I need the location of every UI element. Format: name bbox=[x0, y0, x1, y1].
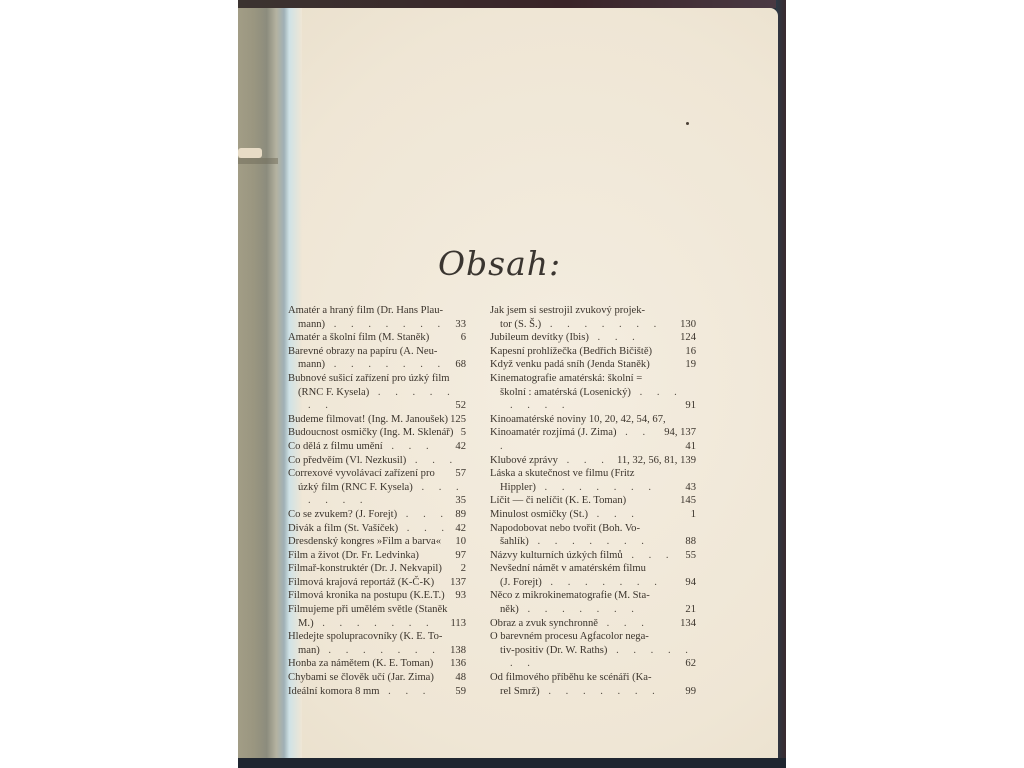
toc-entry-title: Ideální komora 8 mm bbox=[288, 686, 380, 697]
toc-entry-page: 91 bbox=[685, 399, 696, 413]
toc-entry-page: 125 bbox=[450, 413, 466, 427]
toc-entry-title-continued: mann) bbox=[298, 319, 325, 330]
toc-entry: Kinoamatérské noviny 10, 20, 42, 54, 67,… bbox=[490, 413, 696, 427]
toc-entry: Amatér a hraný film (Dr. Hans Plau-mann)… bbox=[288, 304, 466, 331]
gutter-mark bbox=[238, 148, 262, 158]
toc-entry-title: Kinematografie amatérská: školní = bbox=[490, 373, 642, 384]
toc-entry: Hledejte spolupracovníky (K. E. To-man) … bbox=[288, 630, 466, 657]
toc-entry-page: 21 bbox=[685, 603, 696, 617]
page-title: Obsah: bbox=[438, 244, 561, 283]
toc-entry: Názvy kulturních úzkých filmů . . .55 bbox=[490, 549, 696, 563]
toc-entry-title-continued: školní : amatérská (Losenický) bbox=[500, 387, 631, 398]
toc-entry: Barevné obrazy na papíru (A. Neu-mann) .… bbox=[288, 345, 466, 372]
toc-entry-page: 89 bbox=[455, 508, 466, 522]
toc-entry-title: Amatér a školní film (M. Staněk) bbox=[288, 332, 429, 343]
toc-entry: Filmujeme při umělém světle (StaněkM.) .… bbox=[288, 603, 466, 630]
toc-entry: Dresdenský kongres »Film a barva«10 bbox=[288, 535, 466, 549]
toc-entry-page: 136 bbox=[450, 657, 466, 671]
toc-entry-page: 42 bbox=[455, 440, 466, 454]
toc-entry: Filmová kronika na postupu (K.E.T.)93 bbox=[288, 589, 466, 603]
toc-entry-page: 99 bbox=[685, 685, 696, 699]
toc-entry-page: 134 bbox=[680, 617, 696, 631]
toc-entry-page: 1 bbox=[691, 508, 696, 522]
toc-entry-page: 94 bbox=[685, 576, 696, 590]
toc-entry-title: Jak jsem si sestrojil zvukový projek- bbox=[490, 305, 645, 316]
toc-entry-page: 5 bbox=[461, 426, 466, 440]
toc-entry: Kinoamatér rozjímá (J. Zima) . . .41 bbox=[490, 426, 696, 453]
book-cover-top-edge bbox=[238, 0, 786, 8]
toc-entry: Nevšední námět v amatérském filmu(J. For… bbox=[490, 562, 696, 589]
toc-entry: Budeme filmovat! (Ing. M. Janoušek)125 bbox=[288, 413, 466, 427]
toc-entry-title: Hledejte spolupracovníky (K. E. To- bbox=[288, 631, 442, 642]
toc-entry-page: 35 bbox=[455, 494, 466, 508]
leader-dots: . . . . . . . bbox=[541, 319, 662, 330]
toc-entry: Něco z mikrokinematografie (M. Sta-něk) … bbox=[490, 589, 696, 616]
toc-entry-title-continued: rel Smrž) bbox=[500, 686, 540, 697]
toc-entry-title-continued: úzký film (RNC F. Kysela) bbox=[298, 482, 413, 493]
toc-entry: Filmař-konstruktér (Dr. J. Nekvapil)2 bbox=[288, 562, 466, 576]
leader-dots: . . . bbox=[380, 686, 432, 697]
toc-entry-page: 137 bbox=[450, 576, 466, 590]
gutter-smudge bbox=[238, 158, 278, 164]
toc-entry-page: 43 bbox=[685, 481, 696, 495]
toc-entry: O barevném procesu Agfacolor nega-tiv-po… bbox=[490, 630, 696, 671]
toc-entry-title: Divák a film (St. Vašíček) bbox=[288, 523, 398, 534]
toc-entry: Kinematografie amatérská: školní =školní… bbox=[490, 372, 696, 413]
toc-entry-title: Něco z mikrokinematografie (M. Sta- bbox=[490, 590, 650, 601]
toc-entry: Chybami se člověk učí (Jar. Zima)48 bbox=[288, 671, 466, 685]
toc-entry-page: 138 bbox=[450, 644, 466, 658]
toc-entry-title: Co dělá z filmu umění bbox=[288, 441, 383, 452]
leader-dots: . . . . . . . bbox=[519, 604, 640, 615]
leader-dots: . . . bbox=[398, 523, 450, 534]
toc-entry-title: Honba za námětem (K. E. Toman) bbox=[288, 658, 433, 669]
toc-entry-title: Napodobovat nebo tvořit (Boh. Vo- bbox=[490, 523, 640, 534]
toc-entry-title: Líčit — či nelíčit (K. E. Toman) bbox=[490, 495, 626, 506]
leader-dots: . . . bbox=[558, 455, 610, 466]
toc-entry: Film a život (Dr. Fr. Ledvinka)97 bbox=[288, 549, 466, 563]
toc-entry-title: Amatér a hraný film (Dr. Hans Plau- bbox=[288, 305, 443, 316]
toc-entry: Divák a film (St. Vašíček) . . .42 bbox=[288, 522, 466, 536]
toc-entry: Bubnové sušicí zařízení pro úzký film(RN… bbox=[288, 372, 466, 413]
toc-entry-title: Chybami se člověk učí (Jar. Zima) bbox=[288, 672, 434, 683]
toc-entry-title: Correxové vyvolávací zařízení pro bbox=[288, 468, 435, 479]
toc-entry-title: Filmová kronika na postupu (K.E.T.) bbox=[288, 590, 445, 601]
toc-entry-page: 42 bbox=[455, 522, 466, 536]
toc-left-column: Amatér a hraný film (Dr. Hans Plau-mann)… bbox=[288, 304, 466, 698]
toc-entry-title: Filmová krajová reportáž (K-Č-K) bbox=[288, 577, 434, 588]
toc-entry-title: Klubové zprávy bbox=[490, 455, 558, 466]
toc-entry-title-continued: Hippler) bbox=[500, 482, 536, 493]
toc-entry-title-continued: šahlík) bbox=[500, 536, 529, 547]
toc-entry-page: 16 bbox=[685, 345, 696, 359]
leader-dots: . . . bbox=[406, 455, 458, 466]
toc-entry-title: Budoucnost osmičky (Ing. M. Sklenář) bbox=[288, 427, 453, 438]
toc-entry-title: Nevšední námět v amatérském filmu bbox=[490, 563, 646, 574]
toc-entry-page: 41 bbox=[685, 440, 696, 454]
toc-entry: Klubové zprávy . . .11, 32, 56, 81, 139 bbox=[490, 454, 696, 468]
toc-entry: Kapesní prohlížečka (Bedřich Bičiště)16 bbox=[490, 345, 696, 359]
toc-entry-title: Když venku padá sníh (Jenda Staněk) bbox=[490, 359, 650, 370]
toc-entry-title: Od filmového příběhu ke scénáři (Ka- bbox=[490, 672, 652, 683]
toc-entry-title: Filmujeme při umělém světle (Staněk bbox=[288, 604, 447, 615]
toc-entry-page: 113 bbox=[451, 617, 467, 631]
toc-entry: Ideální komora 8 mm . . .59 bbox=[288, 685, 466, 699]
toc-entry-title: Kinoamatér rozjímá (J. Zima) bbox=[490, 427, 617, 438]
toc-entry-title: Dresdenský kongres »Film a barva« bbox=[288, 536, 441, 547]
toc-entry-title: Jubileum devítky (Ibis) bbox=[490, 332, 589, 343]
toc-entry-page: 62 bbox=[685, 657, 696, 671]
toc-entry-title-continued: tor (S. Š.) bbox=[500, 319, 541, 330]
toc-entry-page: 145 bbox=[680, 494, 696, 508]
leader-dots: . . . . . . . bbox=[536, 482, 657, 493]
leader-dots: . . . . . . . bbox=[314, 618, 435, 629]
toc-entry: Honba za námětem (K. E. Toman)136 bbox=[288, 657, 466, 671]
toc-entry-title: Obraz a zvuk synchronně bbox=[490, 618, 598, 629]
toc-entry: Minulost osmičky (St.) . . .1 bbox=[490, 508, 696, 522]
toc-entry-title: Kinoamatérské noviny 10, 20, 42, 54, 67, bbox=[490, 414, 666, 425]
toc-entry-title: Film a život (Dr. Fr. Ledvinka) bbox=[288, 550, 419, 561]
toc-entry-title: Bubnové sušicí zařízení pro úzký film bbox=[288, 373, 450, 384]
leader-dots: . . . bbox=[397, 509, 449, 520]
toc-entry: Co předvěím (Vl. Nezkusil) . . .57 bbox=[288, 454, 466, 468]
leader-dots: . . . . . . . bbox=[325, 319, 446, 330]
toc-entry-page: 68 bbox=[455, 358, 466, 372]
toc-entry-page: 55 bbox=[685, 549, 696, 563]
toc-entry: Correxové vyvolávací zařízení proúzký fi… bbox=[288, 467, 466, 508]
paper-speck bbox=[686, 122, 689, 125]
toc-entry-title: Budeme filmovat! (Ing. M. Janoušek) bbox=[288, 414, 448, 425]
toc-entry-title-continued: mann) bbox=[298, 359, 325, 370]
toc-entry-page: 33 bbox=[455, 318, 466, 332]
leader-dots: . . . bbox=[383, 441, 435, 452]
toc-entry: Napodobovat nebo tvořit (Boh. Vo-šahlík)… bbox=[490, 522, 696, 549]
leader-dots: . . . bbox=[588, 509, 640, 520]
toc-entry-title-continued: man) bbox=[298, 645, 320, 656]
toc-entry-page: 88 bbox=[685, 535, 696, 549]
toc-entry-title-continued: tiv-positiv (Dr. W. Raths) bbox=[500, 645, 607, 656]
toc-entry-page: 52 bbox=[455, 399, 466, 413]
leader-dots: . . . . . . . bbox=[542, 577, 663, 588]
toc-entry-page: 6 bbox=[461, 331, 466, 345]
toc-entry-title-continued: (RNC F. Kysela) bbox=[298, 387, 369, 398]
toc-entry-page: 48 bbox=[455, 671, 466, 685]
toc-entry: Budoucnost osmičky (Ing. M. Sklenář)5 bbox=[288, 426, 466, 440]
leader-dots: . . . bbox=[598, 618, 650, 629]
leader-dots: . . . . . . . bbox=[529, 536, 650, 547]
toc-entry-title-continued: M.) bbox=[298, 618, 314, 629]
toc-entry-page: 11, 32, 56, 81, 139 bbox=[617, 454, 696, 468]
leader-dots: . . . bbox=[623, 550, 675, 561]
leader-dots: . . . . . . . bbox=[325, 359, 446, 370]
toc-entry: Obraz a zvuk synchronně . . .134 bbox=[490, 617, 696, 631]
toc-entry-page: 2 bbox=[461, 562, 466, 576]
toc-entry-page: 59 bbox=[455, 685, 466, 699]
book-cover-bottom-edge bbox=[238, 758, 786, 768]
toc-entry-page: 124 bbox=[680, 331, 696, 345]
leader-dots: . . . . . . . bbox=[540, 686, 661, 697]
toc-entry-title: Láska a skutečnost ve filmu (Fritz bbox=[490, 468, 634, 479]
toc-entry-title: Kapesní prohlížečka (Bedřich Bičiště) bbox=[490, 346, 652, 357]
toc-entry-page: 97 bbox=[455, 549, 466, 563]
toc-entry: Jak jsem si sestrojil zvukový projek-tor… bbox=[490, 304, 696, 331]
toc-entry: Když venku padá sníh (Jenda Staněk)19 bbox=[490, 358, 696, 372]
paper-page: Obsah: Amatér a hraný film (Dr. Hans Pla… bbox=[238, 8, 778, 758]
scanned-book-page: Obsah: Amatér a hraný film (Dr. Hans Pla… bbox=[238, 0, 786, 768]
toc-entry: Jubileum devítky (Ibis) . . .124 bbox=[490, 331, 696, 345]
toc-entry-page: 19 bbox=[685, 358, 696, 372]
toc-entry: Filmová krajová reportáž (K-Č-K)137 bbox=[288, 576, 466, 590]
toc-entry-title: Filmař-konstruktér (Dr. J. Nekvapil) bbox=[288, 563, 442, 574]
toc-right-column: Jak jsem si sestrojil zvukový projek-tor… bbox=[490, 304, 696, 698]
toc-entry-page: 93 bbox=[455, 589, 466, 603]
toc-entry-title: Názvy kulturních úzkých filmů bbox=[490, 550, 623, 561]
toc-entry-title-continued: něk) bbox=[500, 604, 519, 615]
toc-entry: Amatér a školní film (M. Staněk)6 bbox=[288, 331, 466, 345]
toc-entry-title: Barevné obrazy na papíru (A. Neu- bbox=[288, 346, 437, 357]
leader-dots: . . . . . . . bbox=[320, 645, 441, 656]
toc-entry: Od filmového příběhu ke scénáři (Ka-rel … bbox=[490, 671, 696, 698]
toc-entry: Líčit — či nelíčit (K. E. Toman)145 bbox=[490, 494, 696, 508]
toc-entry-page: 130 bbox=[680, 318, 696, 332]
toc-entry-title: Minulost osmičky (St.) bbox=[490, 509, 588, 520]
toc-entry-title: O barevném procesu Agfacolor nega- bbox=[490, 631, 649, 642]
toc-entry-title-continued: (J. Forejt) bbox=[500, 577, 542, 588]
toc-entry: Co se zvukem? (J. Forejt) . . .89 bbox=[288, 508, 466, 522]
toc-entry: Láska a skutečnost ve filmu (FritzHipple… bbox=[490, 467, 696, 494]
toc-entry-title: Co předvěím (Vl. Nezkusil) bbox=[288, 455, 406, 466]
toc-entry-title: Co se zvukem? (J. Forejt) bbox=[288, 509, 397, 520]
toc-entry-page: 10 bbox=[455, 535, 466, 549]
toc-entry: Co dělá z filmu umění . . .42 bbox=[288, 440, 466, 454]
leader-dots: . . . bbox=[589, 332, 641, 343]
